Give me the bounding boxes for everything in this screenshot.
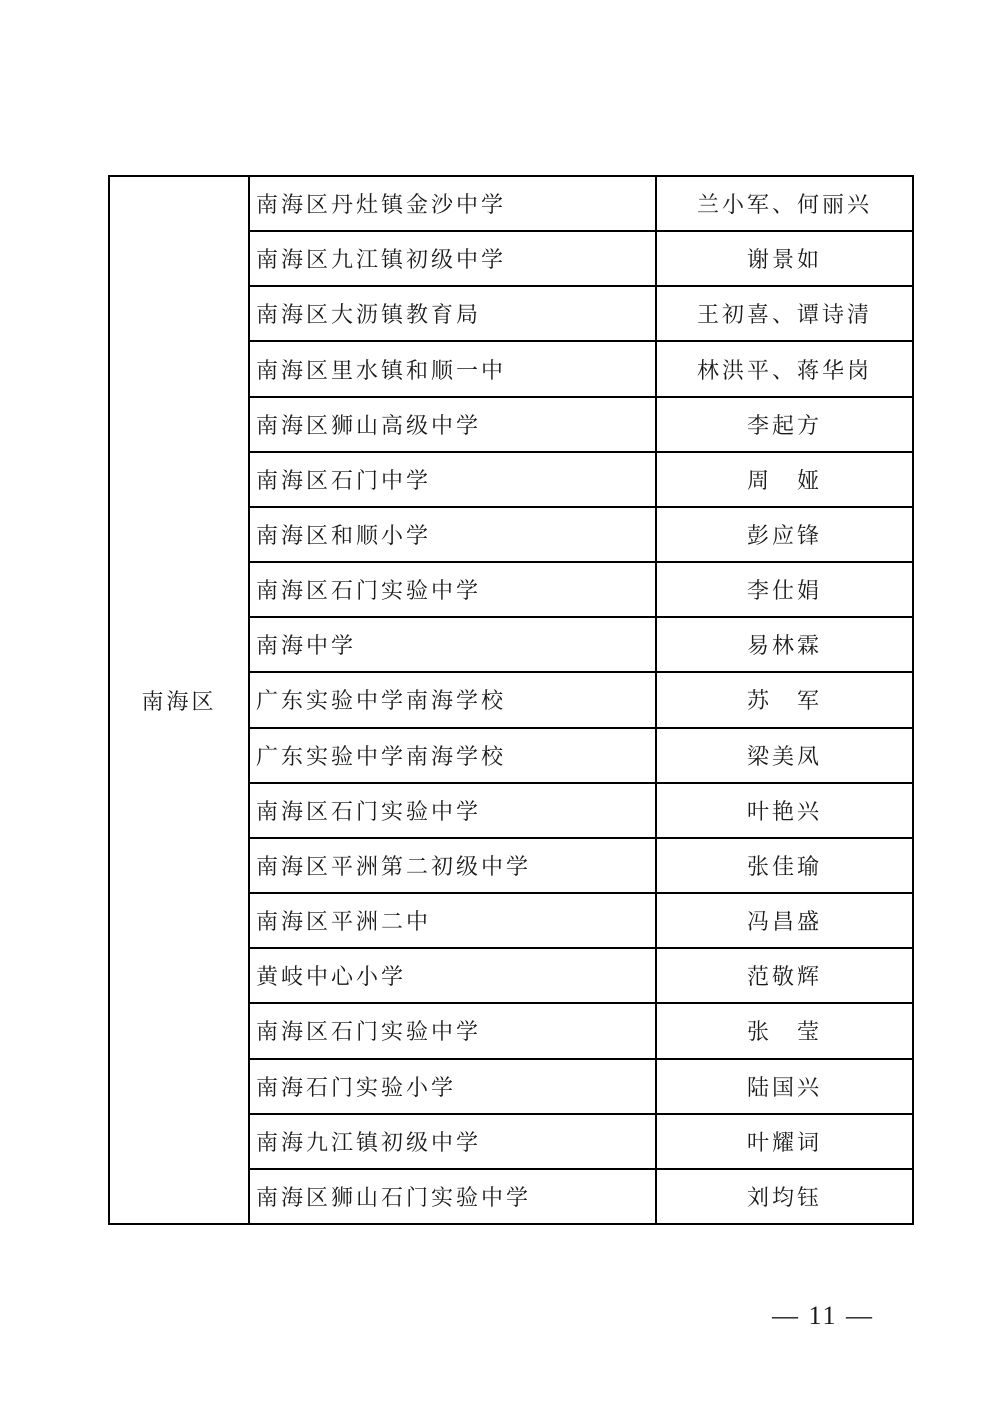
page-number: — 11 — [772,1301,874,1331]
table-row: 南海区 南海区丹灶镇金沙中学 兰小军、何丽兴 [109,176,913,231]
school-cell: 南海区丹灶镇金沙中学 [249,176,656,231]
names-cell: 苏 军 [656,672,913,727]
names-cell: 谢景如 [656,231,913,286]
school-cell: 南海区九江镇初级中学 [249,231,656,286]
names-cell: 彭应锋 [656,507,913,562]
names-cell: 周 娅 [656,452,913,507]
names-cell: 冯昌盛 [656,893,913,948]
school-cell: 南海区平洲二中 [249,893,656,948]
names-cell: 张 莹 [656,1003,913,1058]
school-cell: 南海区石门实验中学 [249,783,656,838]
school-cell: 南海区平洲第二初级中学 [249,838,656,893]
names-cell: 李仕娟 [656,562,913,617]
school-cell: 南海区里水镇和顺一中 [249,341,656,396]
school-cell: 南海九江镇初级中学 [249,1114,656,1169]
school-cell: 南海区石门实验中学 [249,562,656,617]
document-page: { "table": { "district": "南海区", "rows": … [0,0,992,1403]
names-cell: 范敬辉 [656,948,913,1003]
names-cell: 叶耀词 [656,1114,913,1169]
award-list-table: 南海区 南海区丹灶镇金沙中学 兰小军、何丽兴 南海区九江镇初级中学 谢景如 南海… [108,175,914,1225]
names-cell: 李起方 [656,397,913,452]
school-cell: 南海区石门实验中学 [249,1003,656,1058]
names-cell: 王初喜、谭诗清 [656,286,913,341]
school-cell: 南海中学 [249,617,656,672]
school-cell: 南海区和顺小学 [249,507,656,562]
names-cell: 梁美凤 [656,728,913,783]
school-cell: 南海区狮山高级中学 [249,397,656,452]
names-cell: 易林霖 [656,617,913,672]
names-cell: 叶艳兴 [656,783,913,838]
district-cell: 南海区 [109,176,249,1224]
names-cell: 林洪平、蒋华岗 [656,341,913,396]
school-cell: 广东实验中学南海学校 [249,728,656,783]
school-cell: 南海区大沥镇教育局 [249,286,656,341]
school-cell: 南海石门实验小学 [249,1059,656,1114]
school-cell: 南海区石门中学 [249,452,656,507]
school-cell: 广东实验中学南海学校 [249,672,656,727]
school-cell: 黄岐中心小学 [249,948,656,1003]
names-cell: 陆国兴 [656,1059,913,1114]
school-cell: 南海区狮山石门实验中学 [249,1169,656,1224]
names-cell: 张佳瑜 [656,838,913,893]
names-cell: 刘均钰 [656,1169,913,1224]
names-cell: 兰小军、何丽兴 [656,176,913,231]
